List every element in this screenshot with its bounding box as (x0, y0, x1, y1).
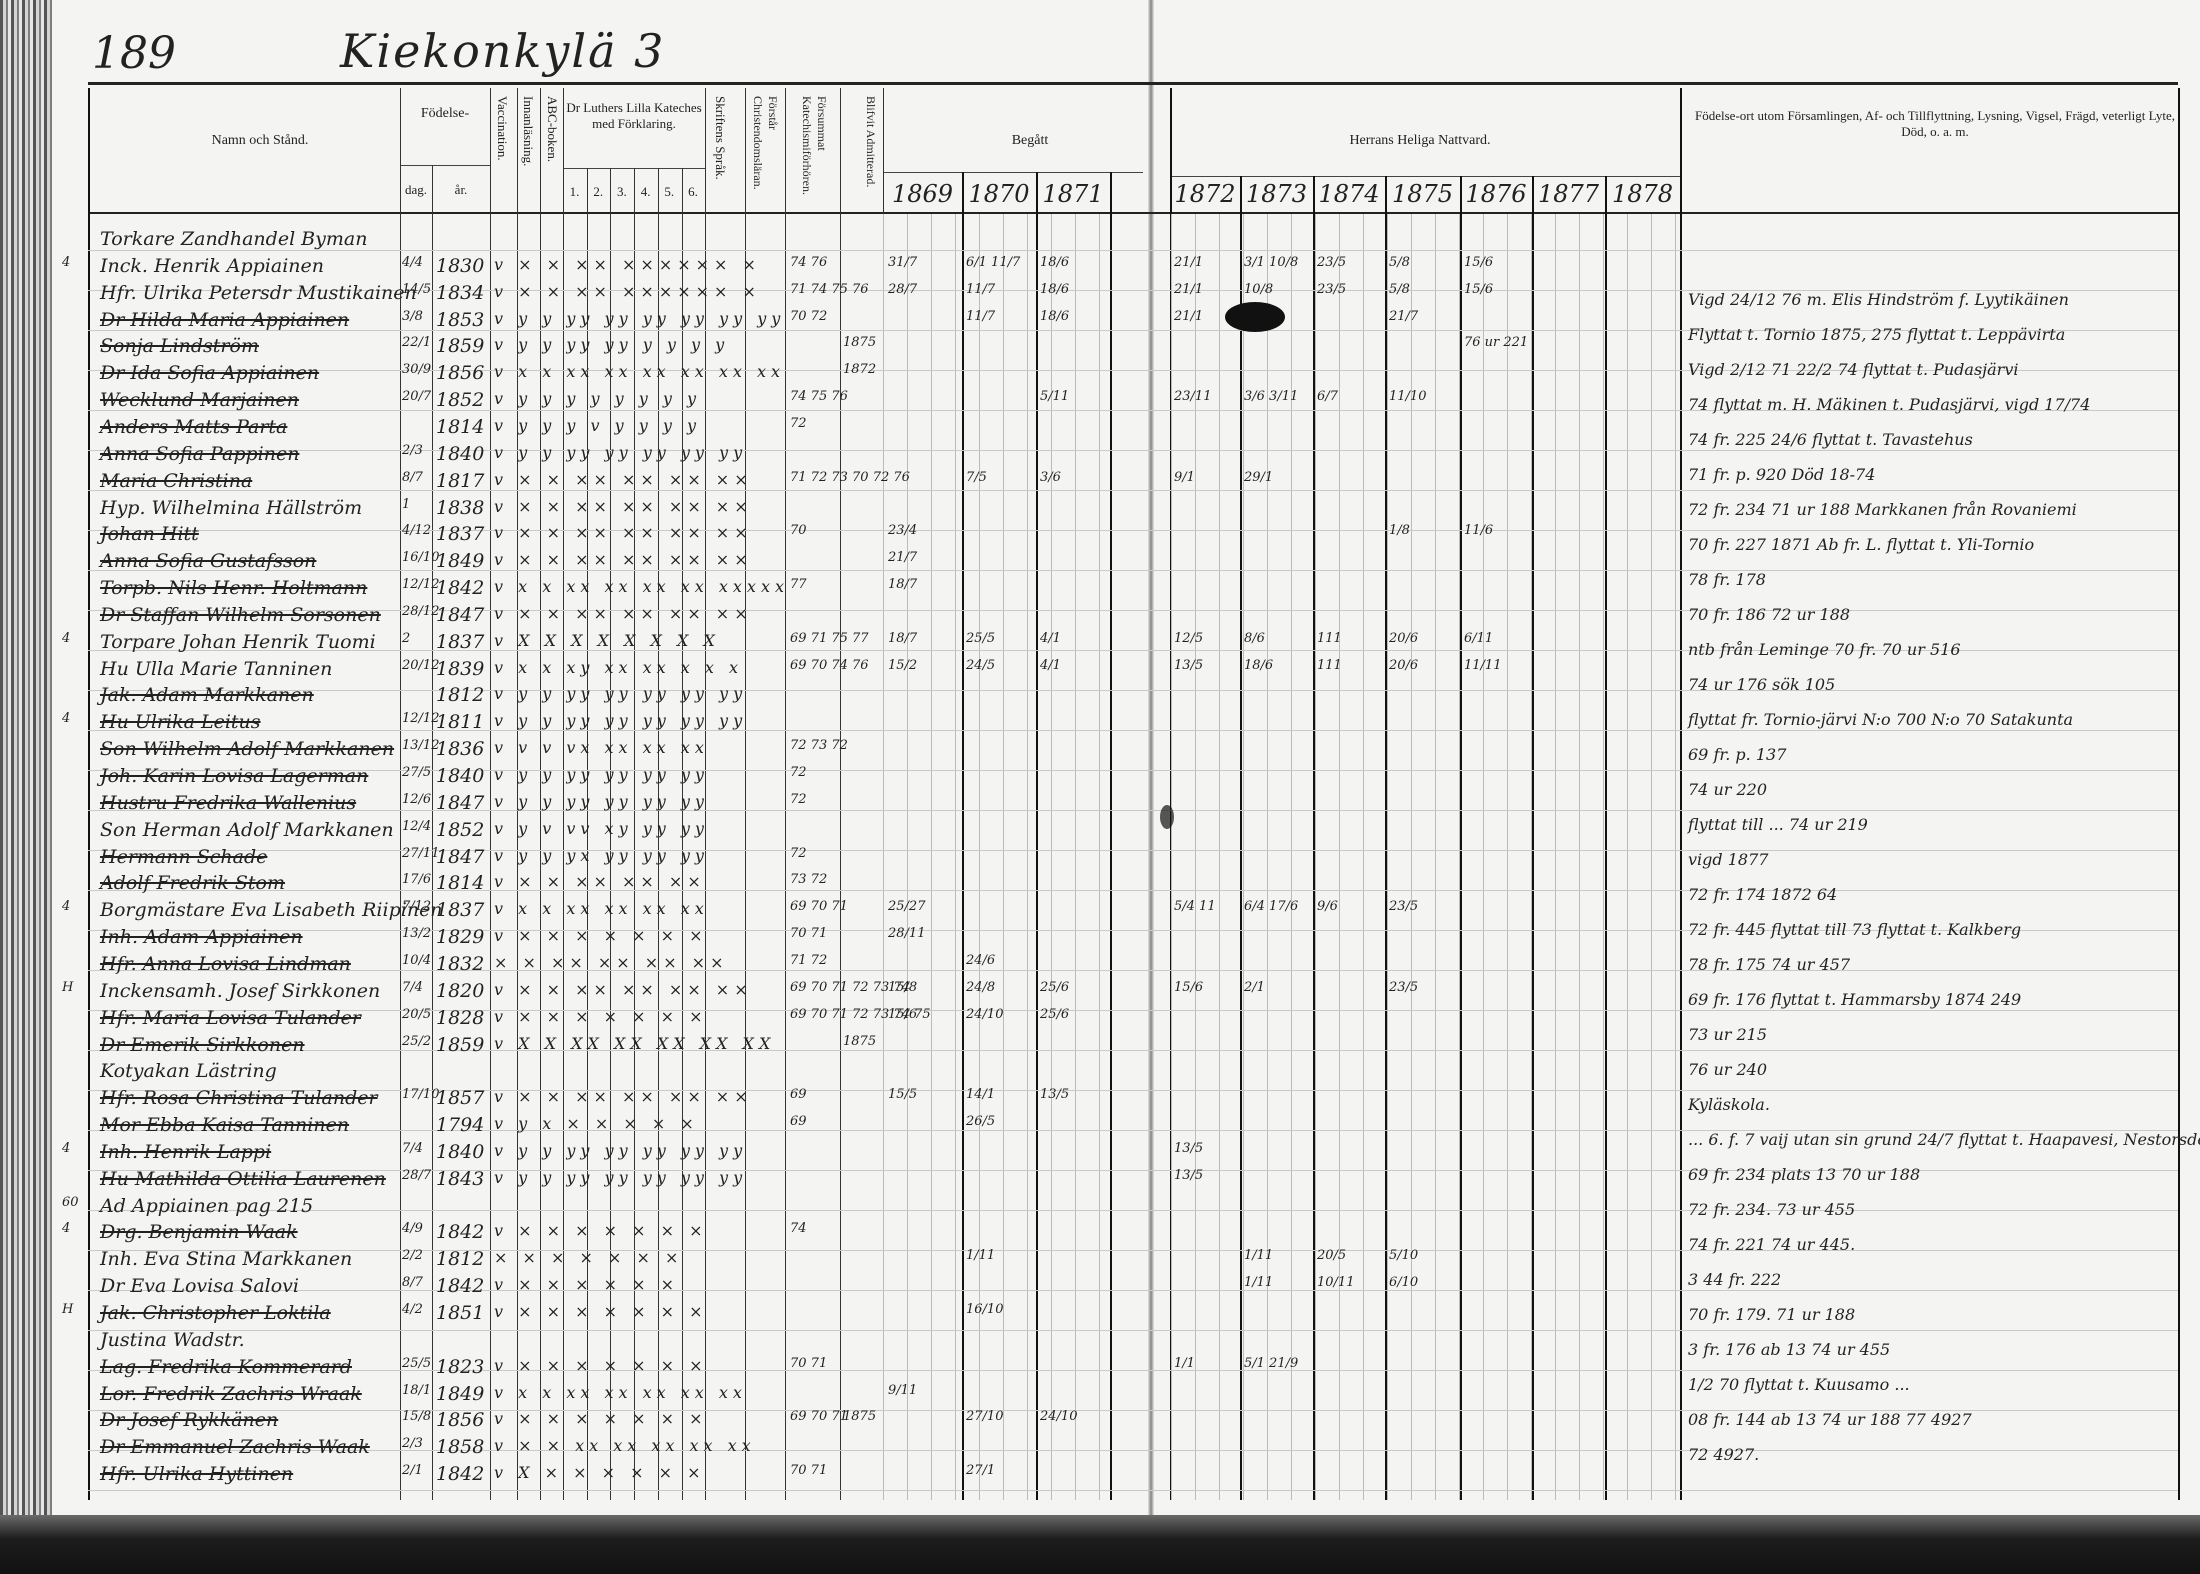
communion-date-1876: 76 ur 221 (1464, 335, 1528, 350)
subcolumn-rule (1243, 214, 1244, 1500)
hearing-years: 71 74 75 76 (790, 282, 869, 297)
communion-date-1870: 24/10 (966, 1007, 1003, 1022)
header-catechism-part-2: 2. (587, 184, 610, 200)
communion-date-1869: 28/7 (888, 282, 917, 297)
hearing-years: 70 71 (790, 1463, 827, 1478)
person-name: Lag. Fredrika Kommerard (100, 1356, 352, 1378)
subcolumn-rule (1651, 214, 1652, 1500)
person-name: Torkare Zandhandel Byman (100, 228, 367, 250)
header-year-1877: 1877 (1532, 180, 1605, 208)
birth-year: 1852 (436, 819, 484, 841)
birth-year: 1856 (436, 1409, 484, 1431)
birth-year: 1832 (436, 953, 484, 975)
subcolumn-rule (1363, 214, 1364, 1500)
page-gutter (1148, 0, 1154, 1515)
birth-day: 25/2 (402, 1034, 431, 1049)
header-catechism-part-3: 3. (610, 184, 633, 200)
communion-date-1876: 11/6 (1464, 523, 1493, 538)
remark-entry: 78 fr. 178 (1688, 570, 1766, 589)
catechism-marks: v X X XX XX XX XX XX (494, 1034, 775, 1053)
ink-blot (1225, 302, 1285, 332)
person-name: Kotyakan Lästring (100, 1060, 277, 1082)
header-catechism-part-1: 1. (563, 184, 586, 200)
remark-entry: 72 fr. 174 1872 64 (1688, 885, 1837, 904)
communion-date-1870: 27/10 (966, 1409, 1003, 1424)
birth-day: 12/4 (402, 819, 431, 834)
page-number: 189 (92, 28, 176, 79)
catechism-marks: v × × ×× ×× ×× ×× (494, 497, 753, 516)
birth-day: 2/3 (402, 1436, 423, 1451)
hearing-years: 69 (790, 1114, 807, 1129)
column-rule (1680, 88, 1682, 1500)
communion-date-1875: 23/5 (1389, 899, 1418, 914)
row-margin-note: 4 (62, 1141, 70, 1156)
year-subrule (1605, 176, 1680, 177)
communion-subrule (1170, 176, 1680, 177)
birth-day: 17/10 (402, 1087, 439, 1102)
remark-entry: 3 fr. 176 ab 13 74 ur 455 (1688, 1340, 1890, 1359)
birth-year: 1842 (436, 1221, 484, 1243)
catechism-marks: v y y yy yy yy yy yy yy (494, 309, 785, 328)
catechism-marks: v x x xy xx xx x x x (494, 658, 743, 677)
communion-date-1872: 21/1 (1174, 282, 1203, 297)
catechism-marks: v × × ×× ×× ×× ×× (494, 604, 753, 623)
communion-date-1873: 3/1 10/8 (1244, 255, 1298, 270)
birth-year: 1840 (436, 443, 484, 465)
column-rule (785, 88, 786, 1500)
birth-day: 20/5 (402, 1007, 431, 1022)
subcolumn-rule (1507, 214, 1508, 1500)
birth-year: 1852 (436, 389, 484, 411)
header-remarks: Födelse-ort utom Församlingen, Af- och T… (1690, 108, 2180, 141)
remark-entry: 74 ur 220 (1688, 780, 1767, 799)
column-rule (1110, 172, 1112, 1500)
hearing-years: 70 71 (790, 1356, 827, 1371)
subcolumn-rule (1411, 214, 1412, 1500)
row-margin-note: 4 (62, 255, 70, 270)
faint-rule (88, 890, 2178, 891)
person-name: Drg. Benjamin Waak (100, 1221, 298, 1243)
communion-date-1872: 12/5 (1174, 631, 1203, 646)
catechism-marks: v y y yy yy yy yy yy (494, 1141, 747, 1160)
communion-date-1876: 6/11 (1464, 631, 1493, 646)
communion-date-1875: 1/8 (1389, 523, 1410, 538)
birth-year: 1834 (436, 282, 484, 304)
subcolumn-rule (1627, 214, 1628, 1500)
person-name: Sonja Lindström (100, 335, 259, 357)
birth-year: 1823 (436, 1356, 484, 1378)
subcolumn-rule (1435, 214, 1436, 1500)
header-year-1872: 1872 (1170, 180, 1240, 208)
hearing-years: 72 (790, 792, 807, 807)
communion-date-1870: 11/7 (966, 309, 995, 324)
communion-date-1869: 15/5 (888, 1087, 917, 1102)
catechism-marks: v × × × × × × × (494, 1302, 707, 1321)
person-name: Jak. Christopher Loktila (100, 1302, 331, 1324)
catechism-marks: v x x xx xx xx xx xx xx (494, 362, 785, 381)
communion-date-1875: 11/10 (1389, 389, 1426, 404)
birth-day: 27/11 (402, 846, 439, 861)
faint-rule (88, 810, 2178, 811)
birth-year: 1836 (436, 738, 484, 760)
catechism-marks: v × × × × × × × (494, 1409, 707, 1428)
person-name: Hustru Fredrika Wallenius (100, 792, 356, 814)
communion-date-1872: 21/1 (1174, 309, 1203, 324)
header-bottom-rule (88, 212, 2178, 214)
remark-entry: 1/2 70 flyttat t. Kuusamo ... (1688, 1375, 1910, 1394)
catechism-marks: v × × ×× ×× ×× ×× (494, 523, 753, 542)
communion-date-1874: 111 (1317, 658, 1342, 673)
person-name: Inh. Eva Stina Markkanen (100, 1248, 352, 1270)
birth-year: 1858 (436, 1436, 484, 1458)
ink-stain (1160, 805, 1174, 829)
subcolumn-rule (1459, 214, 1460, 1500)
hearing-years: 69 (790, 1087, 807, 1102)
column-rule (1240, 176, 1242, 1500)
communion-date-1869: 15/8 (888, 980, 917, 995)
remark-entry: 72 4927. (1688, 1445, 1759, 1464)
birth-day: 14/5 (402, 282, 431, 297)
person-name: Dr Ida Sofia Appiainen (100, 362, 319, 384)
subcolumn-rule (1291, 214, 1292, 1500)
column-rule (2178, 88, 2180, 1500)
faint-rule (88, 1490, 2178, 1491)
catechism-marks: v v v vx xx xx xx (494, 738, 709, 757)
person-name: Hfr. Rosa Christina Tulander (100, 1087, 378, 1109)
column-rule (1605, 176, 1607, 1500)
communion-date-1873: 5/1 21/9 (1244, 1356, 1298, 1371)
faint-rule (88, 570, 2178, 571)
hearing-years: 77 (790, 577, 807, 592)
person-name: Hu Ulla Marie Tanninen (100, 658, 332, 680)
catechism-marks: v y y yy yy yy yy yy (494, 684, 747, 703)
birth-year: 1849 (436, 550, 484, 572)
person-name: Adolf Fredrik Stom (100, 872, 285, 894)
remark-entry: flyttat fr. Tornio-järvi N:o 700 N:o 70 … (1688, 710, 2073, 729)
hearing-years: 72 (790, 846, 807, 861)
birth-year: 1829 (436, 926, 484, 948)
person-name: Son Wilhelm Adolf Markkanen (100, 738, 394, 760)
header-reading: Innanläsning. (520, 96, 536, 216)
birth-day: 12/12 (402, 711, 439, 726)
header-abc-book: ABC-boken. (544, 96, 560, 216)
remark-entry: Kyläskola. (1688, 1095, 1770, 1114)
header-catechism: Dr Luthers Lilla Kateches med Förklaring… (565, 100, 703, 133)
catechism-marks: v x x xx xx xx xx xx (494, 1383, 747, 1402)
faint-rule (88, 1050, 2178, 1051)
birth-year: 1859 (436, 1034, 484, 1056)
catechism-marks: v y x × × × × × (494, 1114, 699, 1133)
communion-date-1869: 23/4 (888, 523, 917, 538)
header-birth: Födelse- (400, 105, 490, 123)
hearing-years: 69 70 74 76 (790, 658, 869, 673)
communion-date-1871: 5/11 (1040, 389, 1069, 404)
header-missed-hearings: Försummat Katechismiförhören. (793, 96, 829, 226)
remark-entry: 69 fr. 234 plats 13 70 ur 188 (1688, 1165, 1920, 1184)
header-year-1878: 1878 (1605, 180, 1680, 208)
catechism-marks: v y y yy yy y y y y (494, 335, 729, 354)
person-name: Hfr. Maria Lovisa Tulander (100, 1007, 361, 1029)
hearing-years: 74 (790, 1221, 807, 1236)
communion-date-1872: 5/4 11 (1174, 899, 1216, 914)
subcolumn-rule (1387, 214, 1388, 1500)
person-name: Jak. Adam Markkanen (100, 684, 314, 706)
column-rule (490, 88, 491, 1500)
remark-entry: 69 fr. 176 flyttat t. Hammarsby 1874 249 (1688, 990, 2021, 1009)
birth-day: 10/4 (402, 953, 431, 968)
remark-entry: ... 6. f. 7 vaij utan sin grund 24/7 fly… (1688, 1130, 2200, 1149)
subcolumn-rule (1027, 214, 1028, 1500)
hearing-years: 69 70 71 (790, 899, 848, 914)
birth-day: 3/8 (402, 309, 423, 324)
person-name: Inh. Adam Appiainen (100, 926, 303, 948)
communion-date-1873: 10/8 (1244, 282, 1273, 297)
person-name: Dr Hilda Maria Appiainen (100, 309, 349, 331)
communion-date-1871: 4/1 (1040, 631, 1061, 646)
communion-date-1874: 111 (1317, 631, 1342, 646)
communion-date-1875: 5/10 (1389, 1248, 1418, 1263)
remark-entry: 72 fr. 445 flyttat till 73 flyttat t. Ka… (1688, 920, 2021, 939)
catechism-marks: v × × × × × × × (494, 926, 707, 945)
subcolumn-rule (1531, 214, 1532, 1500)
subcolumn-rule (1483, 214, 1484, 1500)
birth-day: 20/7 (402, 389, 431, 404)
remark-entry: 71 fr. p. 920 Död 18-74 (1688, 465, 1875, 484)
person-name: Joh. Karin Lovisa Lagerman (100, 765, 368, 787)
catechism-marks: v y y yy yy yy yy yy (494, 1168, 747, 1187)
catechism-marks: v × × × × × × × (494, 1007, 707, 1026)
hearing-years: 74 76 (790, 255, 827, 270)
remark-entry: 74 fr. 221 74 ur 445. (1688, 1235, 1855, 1254)
birth-day: 4/4 (402, 255, 423, 270)
birth-day: 2/2 (402, 1248, 423, 1263)
person-name: Wecklund Marjainen (100, 389, 299, 411)
subcolumn-rule (1195, 214, 1196, 1500)
birth-year: 1812 (436, 1248, 484, 1270)
communion-date-1869: 21/7 (888, 550, 917, 565)
faint-rule (88, 690, 2178, 691)
person-name: Torpb. Nils Henr. Holtmann (100, 577, 367, 599)
hearing-years: 73 72 (790, 872, 827, 887)
catechism-marks: v × × × × × × × (494, 1221, 707, 1240)
catechism-marks: v × × ×× ×× ×× ×× (494, 980, 753, 999)
communion-date-1874: 20/5 (1317, 1248, 1346, 1263)
communion-date-1872: 13/5 (1174, 1168, 1203, 1183)
birth-year: 1837 (436, 523, 484, 545)
column-rule (1036, 172, 1038, 1500)
birth-day: 4/2 (402, 1302, 423, 1317)
communion-date-1870: 25/5 (966, 631, 995, 646)
catechism-marks: × × ×× ×× ×× ×× (494, 953, 729, 972)
person-name: Anders Matts Parta (100, 416, 287, 438)
catechism-marks: v y y y y y y y y (494, 389, 701, 408)
begatt-subrule (883, 172, 1143, 173)
person-name: Torpare Johan Henrik Tuomi (100, 631, 376, 653)
remark-entry: Vigd 2/12 71 22/2 74 flyttat t. Pudasjär… (1688, 360, 2018, 379)
faint-rule (88, 490, 2178, 491)
remark-entry: 78 fr. 175 74 ur 457 (1688, 955, 1850, 974)
communion-date-1870: 7/5 (966, 470, 987, 485)
row-margin-note: H (62, 980, 73, 995)
column-rule (962, 172, 964, 1500)
hearing-years: 72 (790, 765, 807, 780)
hearing-years: 70 72 (790, 309, 827, 324)
faint-rule (88, 730, 2178, 731)
birth-day: 13/12 (402, 738, 439, 753)
communion-date-1869: 18/7 (888, 631, 917, 646)
subcolumn-rule (931, 214, 932, 1500)
communion-date-1870: 6/1 11/7 (966, 255, 1020, 270)
person-name: Son Herman Adolf Markkanen (100, 819, 394, 841)
birth-year: 1817 (436, 470, 484, 492)
person-name: Hu Mathilda Ottilia Laurenen (100, 1168, 386, 1190)
hearing-years: 69 71 75 77 (790, 631, 869, 646)
birth-day: 8/7 (402, 1275, 423, 1290)
communion-date-1874: 10/11 (1317, 1275, 1354, 1290)
birth-day: 12/6 (402, 792, 431, 807)
birth-day: 7/4 (402, 1141, 423, 1156)
hearing-years: 71 72 (790, 953, 827, 968)
catechism-marks: v y v vv xy yy yy (494, 819, 709, 838)
catechism-marks: v × × ×× ×× ×× ×× (494, 470, 753, 489)
birth-year: 1837 (436, 899, 484, 921)
birth-year: 1859 (436, 335, 484, 357)
communion-date-1872: 1/1 (1174, 1356, 1195, 1371)
person-name: Dr Emerik Sirkkonen (100, 1034, 305, 1056)
birth-day: 17/6 (402, 872, 431, 887)
birth-day: 2/3 (402, 443, 423, 458)
header-begatt: Begått (960, 132, 1100, 150)
catechism-marks: v y y yy yy yy yy yy (494, 443, 747, 462)
catechism-marks: v x x xx xx xx xx (494, 899, 709, 918)
communion-date-1869: 25/27 (888, 899, 925, 914)
remark-entry: ntb från Leminge 70 fr. 70 ur 516 (1688, 640, 1961, 659)
communion-date-1875: 21/7 (1389, 309, 1418, 324)
communion-date-1871: 3/6 (1040, 470, 1061, 485)
subcolumn-rule (1099, 214, 1100, 1500)
header-catechism-part-5: 5. (658, 184, 681, 200)
person-name: Inh. Henrik Lappi (100, 1141, 271, 1163)
communion-date-1870: 16/10 (966, 1302, 1003, 1317)
communion-date-1875: 6/10 (1389, 1275, 1418, 1290)
subcolumn-rule (1603, 214, 1604, 1500)
communion-date-1873: 1/11 (1244, 1248, 1273, 1263)
birth-year: 1849 (436, 1383, 484, 1405)
communion-date-1869: 9/11 (888, 1383, 917, 1398)
birth-year: 1828 (436, 1007, 484, 1029)
header-year-1869: 1869 (883, 180, 962, 208)
catechism-marks: v × × ×× ×× ×× (494, 872, 706, 891)
header-year-1873: 1873 (1240, 180, 1313, 208)
catechism-marks: v × × × × × × (494, 1275, 679, 1294)
person-name: Dr Josef Rykkänen (100, 1409, 278, 1431)
communion-date-1871: 18/6 (1040, 309, 1069, 324)
communion-date-1871: 4/1 (1040, 658, 1061, 673)
catechism-marks: v X × × × × × × (494, 1463, 705, 1482)
person-name: Anna Sofia Pappinen (100, 443, 299, 465)
communion-date-1870: 11/7 (966, 282, 995, 297)
hearing-years: 70 (790, 523, 807, 538)
communion-date-1870: 27/1 (966, 1463, 995, 1478)
birth-day: 2/1 (402, 1463, 423, 1478)
catechism-marks: v × × xx xx xx xx xx (494, 1436, 756, 1455)
hearing-years: 74 75 76 (790, 389, 848, 404)
birth-day: 1 (402, 497, 410, 512)
birth-subrule (400, 165, 490, 166)
remark-entry: 70 fr. 227 1871 Ab fr. L. flyttat t. Yli… (1688, 535, 2034, 554)
subcolumn-rule (1579, 214, 1580, 1500)
birth-year: 1851 (436, 1302, 484, 1324)
birth-day: 12/12 (402, 577, 439, 592)
header-year-1870: 1870 (962, 180, 1036, 208)
communion-date-1875: 20/6 (1389, 631, 1418, 646)
subcolumn-rule (883, 214, 884, 1500)
top-rule (88, 82, 2178, 85)
remark-entry: 08 fr. 144 ab 13 74 ur 188 77 4927 (1688, 1410, 1972, 1429)
birth-day: 7/4 (402, 980, 423, 995)
admitted-year: 1875 (843, 335, 876, 350)
birth-year: 1853 (436, 309, 484, 331)
remark-entry: flyttat till ... 74 ur 219 (1688, 815, 1868, 834)
subcolumn-rule (1267, 214, 1268, 1500)
header-holy-communion: Herrans Heliga Nattvard. (1170, 132, 1670, 150)
faint-rule (88, 1210, 2178, 1211)
birth-year: 1847 (436, 604, 484, 626)
birth-year: 1838 (436, 497, 484, 519)
remark-entry: 72 fr. 234 71 ur 188 Markkanen från Rova… (1688, 500, 2077, 519)
communion-date-1869: 31/7 (888, 255, 917, 270)
person-name: Ad Appiainen pag 215 (100, 1195, 313, 1217)
person-name: Lor. Fredrik Zachris Wraak (100, 1383, 362, 1405)
row-margin-note: 4 (62, 1221, 70, 1236)
person-name: Hermann Schade (100, 846, 267, 868)
remark-entry: vigd 1877 (1688, 850, 1768, 869)
communion-date-1870: 24/6 (966, 953, 995, 968)
birth-day: 16/10 (402, 550, 439, 565)
row-margin-note: 4 (62, 711, 70, 726)
communion-date-1871: 25/6 (1040, 1007, 1069, 1022)
catechism-marks: v × × × × × × × (494, 1356, 707, 1375)
column-rule (840, 88, 841, 1500)
hearing-years: 71 72 73 70 72 76 (790, 470, 910, 485)
header-scripture-language: Skriftens Språk. (712, 96, 728, 226)
village-heading: Kiekonkylä 3 (340, 24, 665, 78)
person-name: Maria Christina (100, 470, 252, 492)
communion-date-1871: 13/5 (1040, 1087, 1069, 1102)
subcolumn-rule (1675, 214, 1676, 1500)
communion-date-1870: 24/5 (966, 658, 995, 673)
catechism-marks: v X X X X X X X X (494, 631, 720, 650)
birth-year: 1794 (436, 1114, 484, 1136)
person-name: Hfr. Anna Lovisa Lindman (100, 953, 351, 975)
birth-day: 27/5 (402, 765, 431, 780)
communion-date-1873: 1/11 (1244, 1275, 1273, 1290)
remark-entry: 74 flyttat m. H. Mäkinen t. Pudasjärvi, … (1688, 395, 2090, 414)
birth-year: 1840 (436, 765, 484, 787)
birth-year: 1843 (436, 1168, 484, 1190)
row-margin-note: 4 (62, 899, 70, 914)
remark-entry: 70 fr. 179. 71 ur 188 (1688, 1305, 1855, 1324)
catechism-marks: × × × × × × × (494, 1248, 683, 1267)
communion-date-1875: 23/5 (1389, 980, 1418, 995)
hearing-years: 70 71 (790, 926, 827, 941)
communion-date-1873: 18/6 (1244, 658, 1273, 673)
person-name: Hfr. Ulrika Petersdr Mustikainen (100, 282, 417, 304)
communion-date-1874: 23/5 (1317, 282, 1346, 297)
header-catechism-part-4: 4. (634, 184, 657, 200)
communion-date-1872: 9/1 (1174, 470, 1195, 485)
communion-date-1874: 9/6 (1317, 899, 1338, 914)
